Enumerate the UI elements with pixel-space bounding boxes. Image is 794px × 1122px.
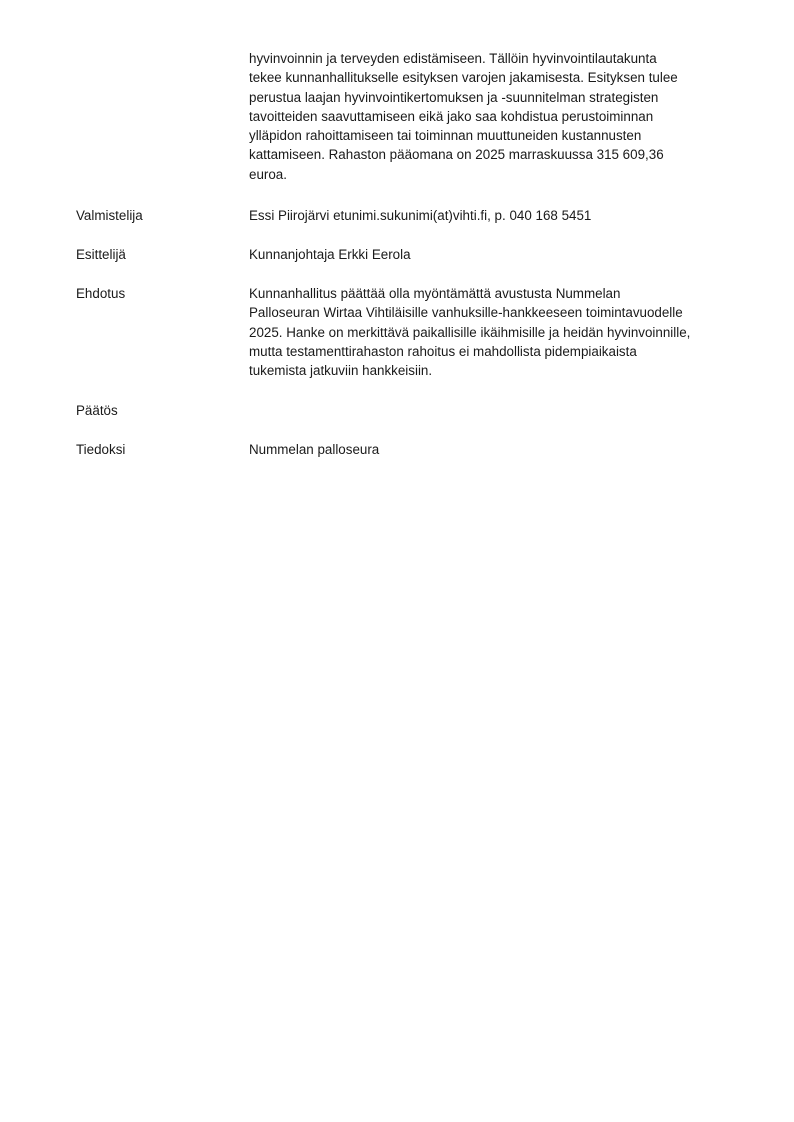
- field-value-ehdotus: Kunnanhallitus päättää olla myöntämättä …: [249, 284, 690, 380]
- paragraph-line: Kunnanhallitus päättää olla myöntämättä …: [249, 284, 690, 303]
- continuation-paragraph: hyvinvoinnin ja terveyden edistämiseen. …: [249, 49, 678, 184]
- field-label-tiedoksi: Tiedoksi: [76, 440, 125, 459]
- paragraph-line: kattamiseen. Rahaston pääomana on 2025 m…: [249, 145, 678, 164]
- field-value-esittelija: Kunnanjohtaja Erkki Eerola: [249, 245, 411, 264]
- field-label-esittelija: Esittelijä: [76, 245, 126, 264]
- field-value-valmistelija: Essi Piirojärvi etunimi.sukunimi(at)viht…: [249, 206, 591, 225]
- paragraph-line: perustua laajan hyvinvointikertomuksen j…: [249, 88, 678, 107]
- paragraph-line: tekee kunnanhallitukselle esityksen varo…: [249, 68, 678, 87]
- paragraph-line: 2025. Hanke on merkittävä paikallisille …: [249, 323, 690, 342]
- paragraph-line: tavoitteiden saavuttamiseen eikä jako sa…: [249, 107, 678, 126]
- field-value-tiedoksi: Nummelan palloseura: [249, 440, 379, 459]
- paragraph-line: mutta testamenttirahaston rahoitus ei ma…: [249, 342, 690, 361]
- paragraph-line: tukemista jatkuviin hankkeisiin.: [249, 361, 690, 380]
- paragraph-line: hyvinvoinnin ja terveyden edistämiseen. …: [249, 49, 678, 68]
- paragraph-line: Palloseuran Wirtaa Vihtiläisille vanhuks…: [249, 303, 690, 322]
- document-page: hyvinvoinnin ja terveyden edistämiseen. …: [0, 0, 794, 1122]
- field-label-paatos: Päätös: [76, 401, 118, 420]
- paragraph-line: ylläpidon rahoittamiseen tai toiminnan m…: [249, 126, 678, 145]
- paragraph-line: euroa.: [249, 165, 678, 184]
- field-label-ehdotus: Ehdotus: [76, 284, 125, 303]
- field-label-valmistelija: Valmistelija: [76, 206, 143, 225]
